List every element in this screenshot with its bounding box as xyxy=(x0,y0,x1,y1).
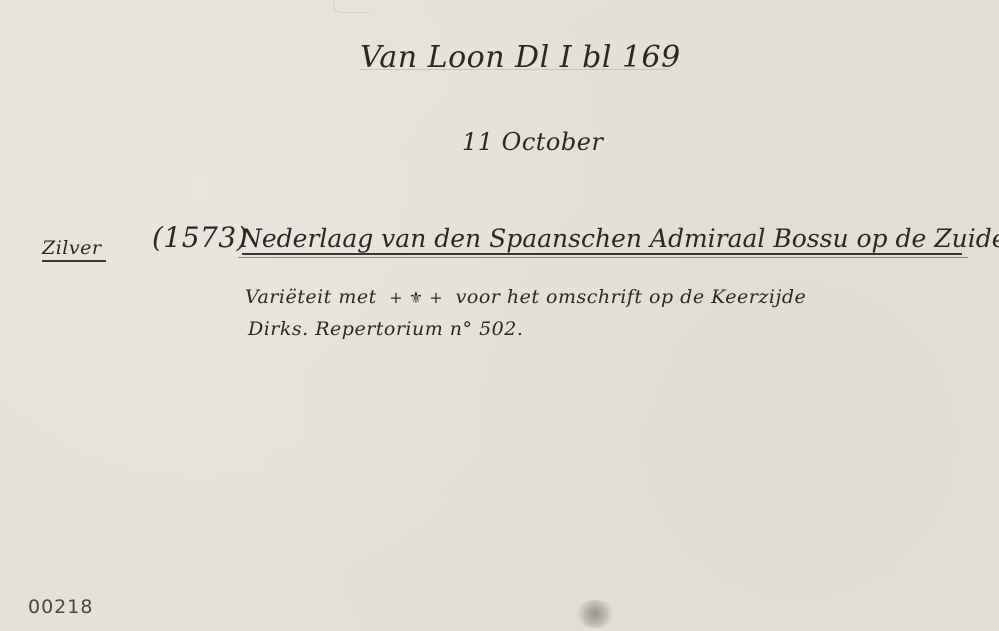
fleur-de-lis-symbol: + ⚜ + xyxy=(389,288,443,307)
metal-label: Zilver xyxy=(42,237,101,259)
event-title: Nederlaag van den Spaanschen Admiraal Bo… xyxy=(240,224,999,253)
title-rule-line xyxy=(238,257,968,258)
metal-label-underline xyxy=(42,260,106,262)
note-line-1-suffix: voor het omschrift op de Keerzijde xyxy=(456,286,807,308)
catalog-number: 00218 xyxy=(28,596,93,618)
date: 11 October xyxy=(462,128,603,156)
note-line-1: Variëteit met + ⚜ + voor het omschrift o… xyxy=(245,286,806,308)
paper-crease xyxy=(330,0,376,13)
event-year: (1573) xyxy=(152,221,248,254)
note-line-1-prefix: Variëteit met xyxy=(245,286,377,308)
archive-index-card: Van Loon Dl I bl 169 11 October Zilver (… xyxy=(0,0,999,631)
ink-smudge xyxy=(575,600,615,628)
note-line-2: Dirks. Repertorium n° 502. xyxy=(248,318,523,340)
event-title-underline xyxy=(242,253,962,255)
header-reference: Van Loon Dl I bl 169 xyxy=(360,40,681,75)
